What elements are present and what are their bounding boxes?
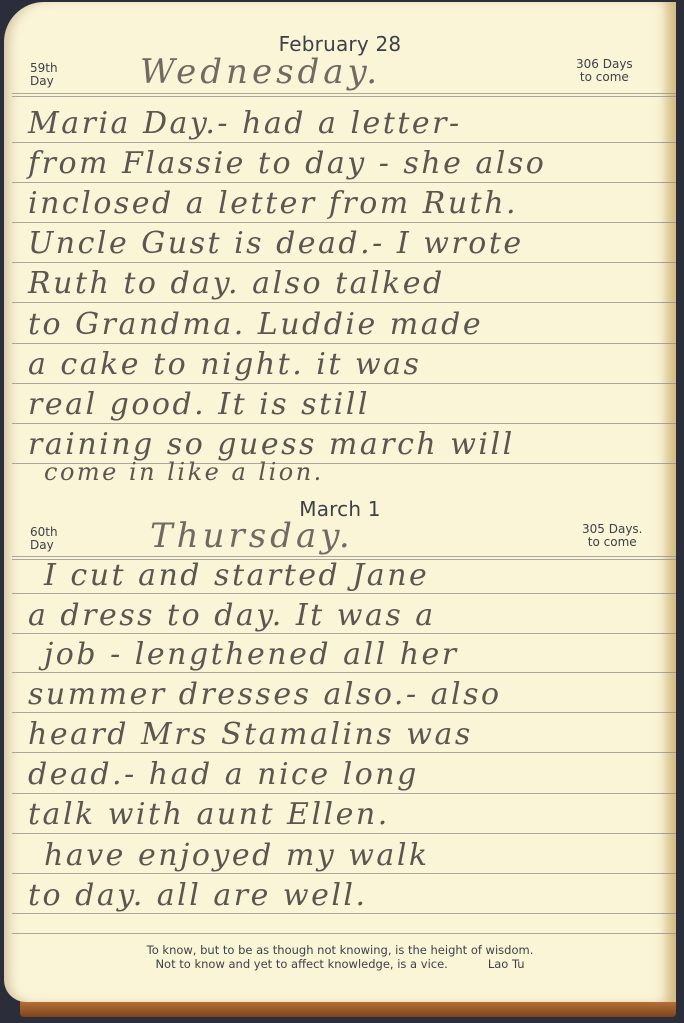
ruled-line	[12, 343, 676, 344]
footer-quote: To know, but to be as though not knowing…	[4, 943, 676, 971]
ruled-line	[12, 873, 676, 874]
entry-1-line: real good. It is still	[28, 387, 370, 422]
day-label: Day	[30, 539, 58, 552]
entry-2-line: a dress to day. It was a	[28, 598, 436, 633]
entry-1-line: to Grandma. Luddie made	[28, 307, 483, 342]
ruled-line	[12, 593, 676, 594]
ruled-line	[12, 712, 676, 713]
quote-line-1: To know, but to be as though not knowing…	[4, 943, 676, 957]
ruled-line	[12, 833, 676, 834]
entry-1-line: Maria Day.- had a letter-	[28, 106, 462, 141]
entry-2-days-remaining: 305 Days. to come	[582, 523, 642, 549]
ruled-line	[12, 933, 676, 934]
day-label: Day	[30, 75, 58, 88]
entry-2-line: talk with aunt Ellen.	[28, 797, 390, 832]
ruled-line	[12, 423, 676, 424]
entry-1-line: raining so guess march will	[28, 427, 515, 462]
entry-1-line: come in like a lion.	[44, 458, 324, 486]
days-remaining-label: to come	[576, 71, 633, 84]
ruled-line	[12, 222, 676, 223]
entry-2-line: job - lengthened all her	[44, 637, 459, 672]
ruled-line	[12, 383, 676, 384]
entry-2-day-count: 60th Day	[30, 526, 58, 552]
ruled-line	[12, 752, 676, 753]
entry-2-line: have enjoyed my walk	[44, 838, 430, 873]
ruled-line	[12, 142, 676, 143]
entry-1-day-count: 59th Day	[30, 62, 58, 88]
quote-line-2: Not to know and yet to affect knowledge,…	[4, 957, 676, 971]
entry-1-line: Ruth to day. also talked	[28, 266, 445, 301]
header-rule	[12, 556, 676, 557]
ruled-line	[12, 633, 676, 634]
entry-1-line: inclosed a letter from Ruth.	[28, 186, 518, 221]
ruled-line	[12, 302, 676, 303]
entry-2-line: dead.- had a nice long	[28, 757, 419, 792]
quote-line-2-text: Not to know and yet to affect knowledge,…	[155, 957, 447, 971]
ruled-line	[12, 672, 676, 673]
entry-1-days-remaining: 306 Days to come	[576, 58, 633, 84]
entry-1-line: a cake to night. it was	[28, 347, 421, 382]
entry-2-line: summer dresses also.- also	[28, 677, 502, 712]
ruled-line	[12, 182, 676, 183]
entry-2-weekday: Thursday.	[150, 516, 354, 556]
diary-page: February 28 59th Day 306 Days to come We…	[4, 2, 676, 1002]
diary-book: February 28 59th Day 306 Days to come We…	[0, 0, 684, 1023]
header-rule	[12, 93, 676, 94]
entry-2-line: I cut and started Jane	[44, 558, 429, 593]
entry-2-line: heard Mrs Stamalins was	[28, 717, 473, 752]
days-remaining-label: to come	[582, 536, 642, 549]
page-edge	[20, 1000, 676, 1017]
entry-1-line: Uncle Gust is dead.- I wrote	[28, 226, 524, 261]
quote-author: Lao Tu	[488, 957, 525, 971]
ruled-line	[12, 793, 676, 794]
entry-1-weekday: Wednesday.	[140, 52, 381, 92]
ruled-line	[12, 913, 676, 914]
entry-2-line: to day. all are well.	[28, 878, 368, 913]
header-rule	[12, 96, 676, 97]
ruled-line	[12, 262, 676, 263]
entry-1-line: from Flassie to day - she also	[28, 146, 546, 181]
